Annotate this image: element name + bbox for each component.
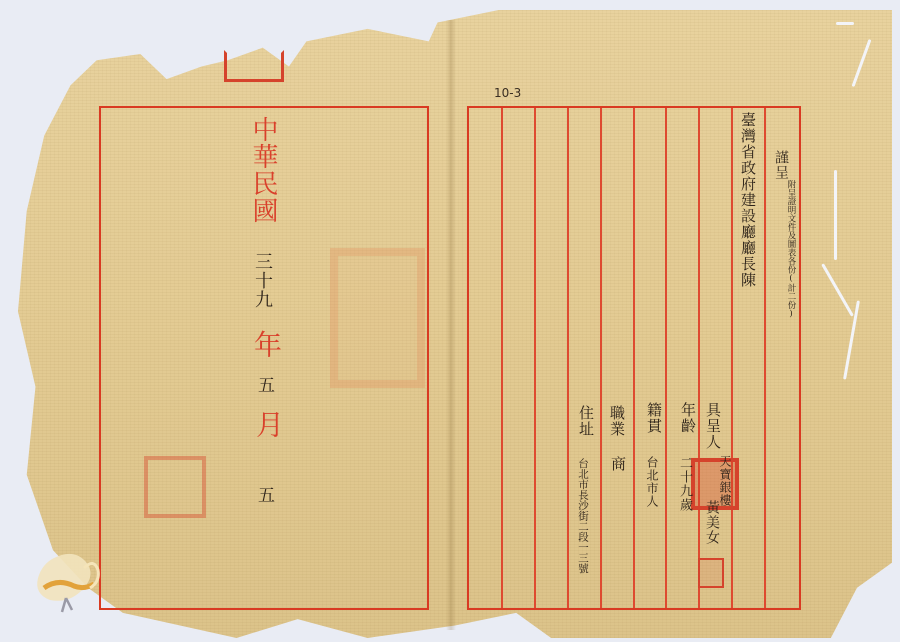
name-seal [698, 558, 724, 588]
page-number: 10-3 [494, 86, 521, 100]
grid-line [501, 108, 503, 608]
faint-seal-small [144, 456, 206, 518]
center-fold [446, 20, 456, 630]
grid-line [534, 108, 536, 608]
faint-seal [330, 248, 425, 388]
seal-stamp-top [224, 50, 284, 82]
origin-label: 籍貫 [641, 402, 667, 434]
day-number: 五 [252, 486, 277, 504]
grid-line [665, 108, 667, 608]
occupation-label: 職業 [606, 405, 628, 437]
grid-line [633, 108, 635, 608]
occupation-value: 商 [608, 456, 629, 472]
grid-line [567, 108, 569, 608]
grid-line [731, 108, 733, 608]
year-number: 三十九 [250, 252, 274, 309]
age-value: 二十九歲 [676, 456, 692, 512]
year-label: 年 [246, 330, 286, 359]
age-label: 年齡 [675, 402, 701, 434]
petitioner-company: 天寶銀樓 [718, 455, 732, 507]
petitioner-name: 黃美女 [704, 500, 720, 545]
address-value: 台北市長沙街二段一三號 [577, 458, 589, 574]
grid-line [600, 108, 602, 608]
grid-line [764, 108, 766, 608]
era-text: 中華民國 [248, 116, 278, 224]
month-number: 五 [252, 376, 277, 394]
paper-crack [834, 170, 837, 260]
recipient-text: 臺灣省政府建設廳廳長陳 [738, 112, 757, 288]
address-label: 住址 [573, 405, 599, 437]
archive-logo-icon [24, 548, 104, 616]
origin-value: 台北市人 [644, 456, 659, 508]
grid-line [698, 108, 700, 608]
paper-crack [836, 22, 854, 25]
attachment-note: 附呈證明文件及圖表各份(計二份) [786, 180, 796, 319]
petitioner-label: 具呈人 [703, 402, 724, 450]
month-label: 月 [248, 410, 288, 439]
date-column: 中華民國 [246, 116, 280, 224]
submit-label: 謹呈 [772, 150, 790, 180]
